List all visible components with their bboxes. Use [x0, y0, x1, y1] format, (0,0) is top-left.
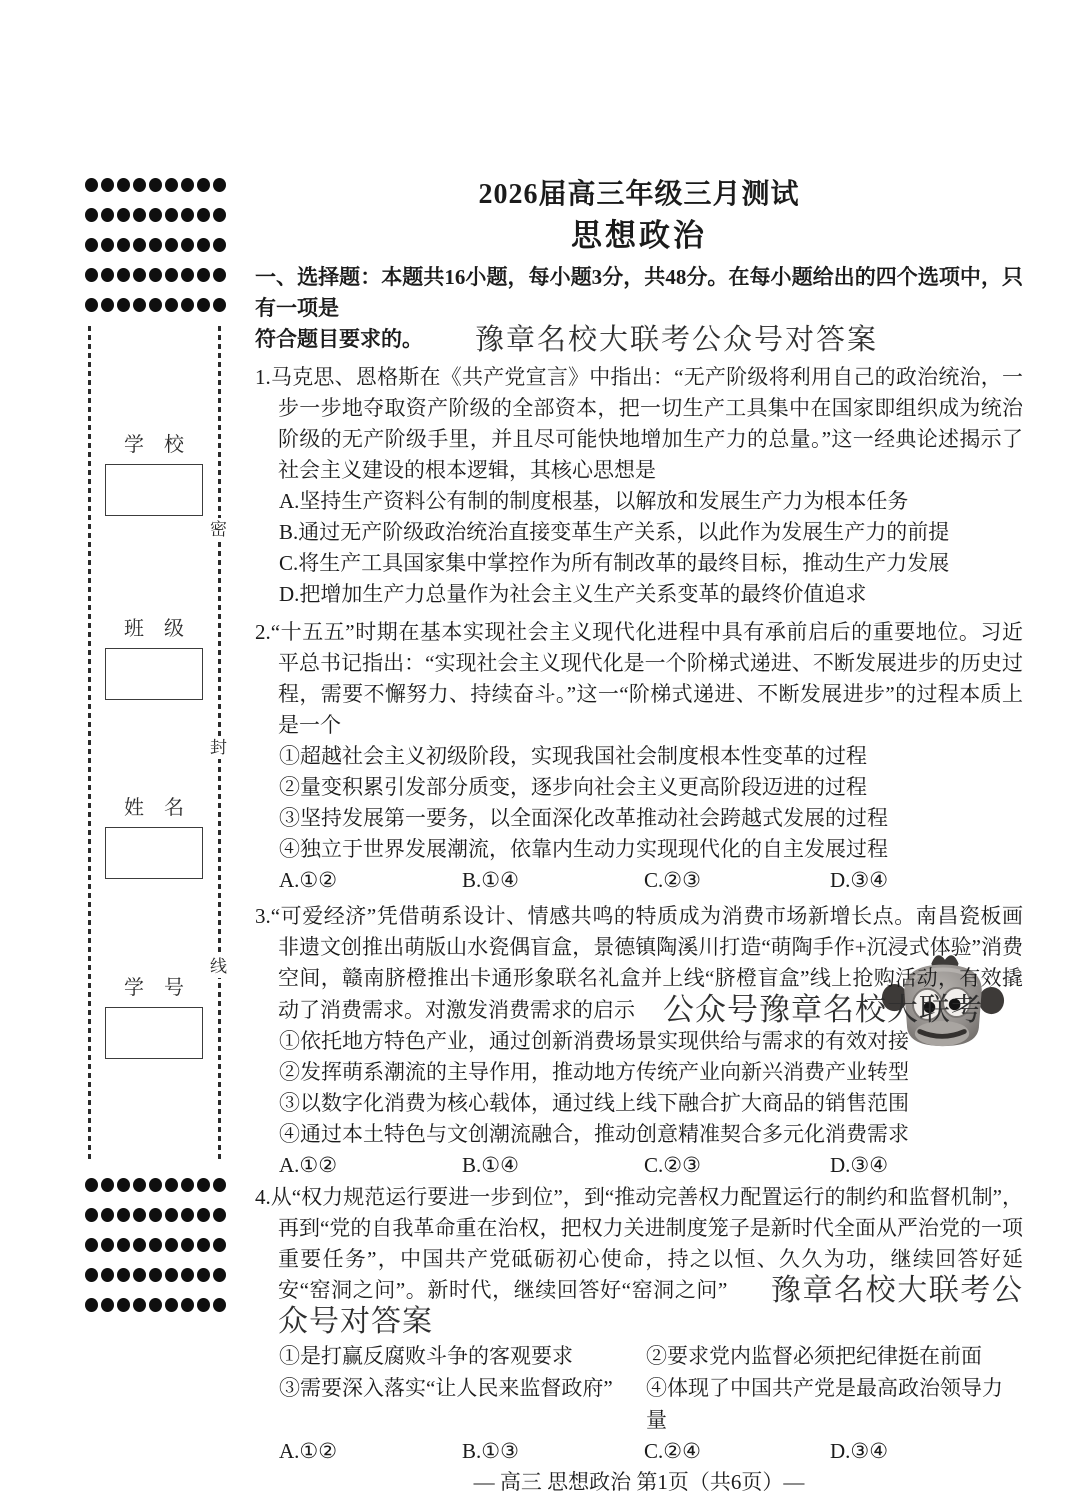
question-4-statement-2: ②要求党内监督必须把纪律挺在前面 [646, 1340, 1023, 1372]
question-3-option-b: B.①④ [462, 1150, 644, 1181]
question-2-statement-2: ②量变积累引发部分质变，逐步向社会主义更高阶段迈进的过程 [279, 772, 1023, 803]
paper-title: 2026届高三年级三月测试 [255, 178, 1023, 212]
question-4-number: 4. [255, 1185, 271, 1209]
question-4-options: A.①② B.①③ C.②④ D.③④ [279, 1436, 1023, 1467]
punch-dot [181, 1178, 194, 1192]
punch-dot [85, 1178, 98, 1192]
punch-dot [181, 178, 194, 192]
punch-dot [165, 268, 178, 282]
punch-dot [213, 1178, 226, 1192]
punch-dot [197, 298, 210, 312]
question-1-option-b: B.通过无产阶级政治统治直接变革生产关系，以此作为发展生产力的前提 [279, 517, 1023, 548]
punch-dot [181, 1268, 194, 1282]
punch-dot [133, 178, 146, 192]
punch-dot [101, 178, 114, 192]
punch-dot [133, 1238, 146, 1252]
paper-subtitle: 思想政治 [255, 218, 1023, 254]
question-4-stem: 4.从“权力规范运行要进一步到位”，到“推动完善权力配置运行的制约和监督机制”，… [255, 1182, 1023, 1337]
punch-dot [213, 208, 226, 222]
question-1-options: A.坚持生产资料公有制的制度根基，以解放和发展生产力为根本任务 B.通过无产阶级… [255, 486, 1023, 610]
punch-dot [117, 298, 130, 312]
punch-dot [133, 238, 146, 252]
punch-dots-top [85, 178, 226, 312]
question-4-option-a: A.①② [279, 1436, 462, 1467]
punch-dot [197, 208, 210, 222]
question-2-statements: ①超越社会主义初级阶段，实现我国社会制度根本性变革的过程 ②量变积累引发部分质变… [255, 741, 1023, 865]
question-1: 1.马克思、恩格斯在《共产党宣言》中指出：“无产阶级将利用自己的政治统治，一步一… [255, 362, 1023, 610]
punch-dot [181, 268, 194, 282]
punch-dot [117, 178, 130, 192]
punch-dot [117, 1238, 130, 1252]
punch-dot [197, 238, 210, 252]
question-1-stem: 1.马克思、恩格斯在《共产党宣言》中指出：“无产阶级将利用自己的政治统治，一步一… [255, 362, 1023, 486]
punch-dot [213, 238, 226, 252]
punch-dot [149, 1208, 162, 1222]
question-2-number: 2. [255, 620, 271, 644]
question-3-statement-2: ②发挥萌系潮流的主导作用，推动地方传统产业向新兴消费产业转型 [279, 1057, 1023, 1088]
page-footer: — 高三 思想政治 第1页（共6页）— [255, 1467, 1023, 1498]
punch-dot [149, 1238, 162, 1252]
punch-dot [149, 298, 162, 312]
punch-dot [101, 238, 114, 252]
watermark-text: 豫章名校大联考公众号对答案 [475, 324, 878, 356]
punch-dot [101, 1268, 114, 1282]
punch-dot [165, 1178, 178, 1192]
section-instruction-line2: 符合题目要求的。豫章名校大联考公众号对答案 [255, 324, 1023, 356]
name-label: 姓 名 [105, 795, 203, 821]
punch-dot [85, 178, 98, 192]
punch-dot [85, 1298, 98, 1312]
punch-dot [133, 1298, 146, 1312]
punch-dot [117, 208, 130, 222]
punch-dot [197, 1178, 210, 1192]
punch-dot [165, 298, 178, 312]
punch-dot [85, 1208, 98, 1222]
punch-dot [197, 178, 210, 192]
question-4-statement-3: ③需要深入落实“让人民来监督政府” [279, 1372, 646, 1436]
question-3-statement-4: ④通过本土特色与文创潮流融合，推动创意精准契合多元化消费需求 [279, 1119, 1023, 1150]
school-input-box [105, 464, 203, 516]
question-4-option-c: C.②④ [644, 1436, 830, 1467]
punch-dot [213, 268, 226, 282]
name-input-box [105, 827, 203, 879]
punch-dot [213, 178, 226, 192]
punch-dot [133, 1208, 146, 1222]
question-2-text: “十五五”时期在基本实现社会主义现代化进程中具有承前启后的重要地位。习近平总书记… [271, 620, 1023, 737]
question-2-options: A.①② B.①④ C.②③ D.③④ [279, 865, 1023, 896]
punch-dot [197, 1238, 210, 1252]
seal-char-feng: 封 [209, 736, 228, 759]
punch-dot [85, 268, 98, 282]
punch-dot [181, 298, 194, 312]
paper-body: 2026届高三年级三月测试 思想政治 一、选择题：本题共16小题，每小题3分，共… [255, 0, 1023, 1498]
question-4-option-d: D.③④ [830, 1436, 888, 1467]
question-2-option-d: D.③④ [830, 865, 888, 896]
punch-dot [165, 208, 178, 222]
punch-dot [133, 268, 146, 282]
punch-dot [133, 1178, 146, 1192]
punch-dot [213, 1208, 226, 1222]
exam-paper-page: 学 校 班 级 姓 名 学 号 密 封 线 [0, 0, 1080, 1512]
punch-dot [181, 238, 194, 252]
class-input-box [105, 648, 203, 700]
question-3-statements: ①依托地方特色产业，通过创新消费场景实现供给与需求的有效对接 ②发挥萌系潮流的主… [255, 1026, 1023, 1150]
punch-dot [101, 1298, 114, 1312]
punch-dot [149, 1298, 162, 1312]
question-3-options: A.①② B.①④ C.②③ D.③④ [279, 1150, 1023, 1181]
seal-dashed-line-left [88, 326, 91, 1162]
punch-dot [133, 208, 146, 222]
question-3-number: 3. [255, 904, 271, 928]
school-field: 学 校 [105, 432, 203, 516]
punch-dot [85, 298, 98, 312]
instruction-text: 符合题目要求的。 [255, 327, 423, 351]
punch-dot [197, 1208, 210, 1222]
punch-dot [165, 1238, 178, 1252]
punch-dot [197, 1298, 210, 1312]
punch-dot [117, 238, 130, 252]
punch-dots-bottom [85, 1178, 226, 1312]
question-3-statement-3: ③以数字化消费为核心载体，通过线上线下融合扩大商品的销售范围 [279, 1088, 1023, 1119]
punch-dot [181, 1238, 194, 1252]
punch-dot [101, 1208, 114, 1222]
section-instruction-line1: 一、选择题：本题共16小题，每小题3分，共48分。在每小题给出的四个选项中，只有… [255, 262, 1023, 324]
punch-dot [149, 238, 162, 252]
class-field: 班 级 [105, 616, 203, 700]
question-3-option-d: D.③④ [830, 1150, 888, 1181]
question-4-option-b: B.①③ [462, 1436, 644, 1467]
question-2-statement-4: ④独立于世界发展潮流，依靠内生动力实现现代化的自主发展过程 [279, 834, 1023, 865]
student-id-field: 学 号 [105, 975, 203, 1059]
question-4-statements: ①是打赢反腐败斗争的客观要求 ②要求党内监督必须把纪律挺在前面 ③需要深入落实“… [279, 1340, 1023, 1436]
punch-dot [213, 1238, 226, 1252]
watermark-text: 公众号豫章名校大联考 [663, 992, 983, 1027]
punch-dot [181, 1208, 194, 1222]
class-label: 班 级 [105, 616, 203, 642]
punch-dot [85, 238, 98, 252]
school-label: 学 校 [105, 432, 203, 458]
punch-dot [101, 298, 114, 312]
punch-dot [165, 1208, 178, 1222]
question-2-statement-3: ③坚持发展第一要务，以全面深化改革推动社会跨越式发展的过程 [279, 803, 1023, 834]
punch-dot [101, 208, 114, 222]
seal-char-xian: 线 [209, 955, 228, 978]
punch-dot [85, 208, 98, 222]
punch-dot [101, 1238, 114, 1252]
punch-dot [149, 268, 162, 282]
question-3-statement-1: ①依托地方特色产业，通过创新消费场景实现供给与需求的有效对接 [279, 1026, 1023, 1057]
question-1-text: 马克思、恩格斯在《共产党宣言》中指出：“无产阶级将利用自己的政治统治，一步一步地… [271, 365, 1023, 482]
punch-dot [149, 1178, 162, 1192]
punch-dot [101, 1178, 114, 1192]
question-3: 3.“可爱经济”凭借萌系设计、情感共鸣的特质成为消费市场新增长点。南昌瓷板画非遗… [255, 901, 1023, 1181]
student-id-input-box [105, 1007, 203, 1059]
seal-char-mi: 密 [209, 518, 228, 541]
question-4-statement-4: ④体现了中国共产党是最高政治领导力量 [646, 1372, 1023, 1436]
punch-dot [149, 178, 162, 192]
punch-dot [149, 208, 162, 222]
punch-dot [149, 1268, 162, 1282]
punch-dot [117, 1208, 130, 1222]
question-1-number: 1. [255, 365, 271, 389]
punch-dot [197, 268, 210, 282]
punch-dot [165, 1298, 178, 1312]
punch-dot [213, 1268, 226, 1282]
question-4: 4.从“权力规范运行要进一步到位”，到“推动完善权力配置运行的制约和监督机制”，… [255, 1182, 1023, 1467]
question-3-option-a: A.①② [279, 1150, 462, 1181]
punch-dot [133, 298, 146, 312]
punch-dot [213, 298, 226, 312]
punch-dot [197, 1268, 210, 1282]
punch-dot [117, 268, 130, 282]
student-id-label: 学 号 [105, 975, 203, 1001]
question-2-stem: 2.“十五五”时期在基本实现社会主义现代化进程中具有承前启后的重要地位。习近平总… [255, 617, 1023, 741]
punch-dot [117, 1298, 130, 1312]
question-2-option-b: B.①④ [462, 865, 644, 896]
punch-dot [117, 1178, 130, 1192]
punch-dot [181, 1298, 194, 1312]
name-field: 姓 名 [105, 795, 203, 879]
punch-dot [101, 268, 114, 282]
question-1-option-d: D.把增加生产力总量作为社会主义生产关系变革的最终价值追求 [279, 579, 1023, 610]
punch-dot [165, 1268, 178, 1282]
punch-dot [165, 238, 178, 252]
punch-dot [181, 208, 194, 222]
question-3-stem: 3.“可爱经济”凭借萌系设计、情感共鸣的特质成为消费市场新增长点。南昌瓷板画非遗… [255, 901, 1023, 1026]
question-4-statement-1: ①是打赢反腐败斗争的客观要求 [279, 1340, 646, 1372]
question-1-option-c: C.将生产工具国家集中掌控作为所有制改革的最终目标，推动生产力发展 [279, 548, 1023, 579]
punch-dot [165, 178, 178, 192]
punch-dot [85, 1268, 98, 1282]
punch-dot [85, 1238, 98, 1252]
punch-dot [213, 1298, 226, 1312]
punch-dot [133, 1268, 146, 1282]
question-2-option-c: C.②③ [644, 865, 830, 896]
question-2-option-a: A.①② [279, 865, 462, 896]
punch-dot [117, 1268, 130, 1282]
question-3-option-c: C.②③ [644, 1150, 830, 1181]
question-1-option-a: A.坚持生产资料公有制的制度根基，以解放和发展生产力为根本任务 [279, 486, 1023, 517]
question-2: 2.“十五五”时期在基本实现社会主义现代化进程中具有承前启后的重要地位。习近平总… [255, 617, 1023, 896]
question-2-statement-1: ①超越社会主义初级阶段，实现我国社会制度根本性变革的过程 [279, 741, 1023, 772]
